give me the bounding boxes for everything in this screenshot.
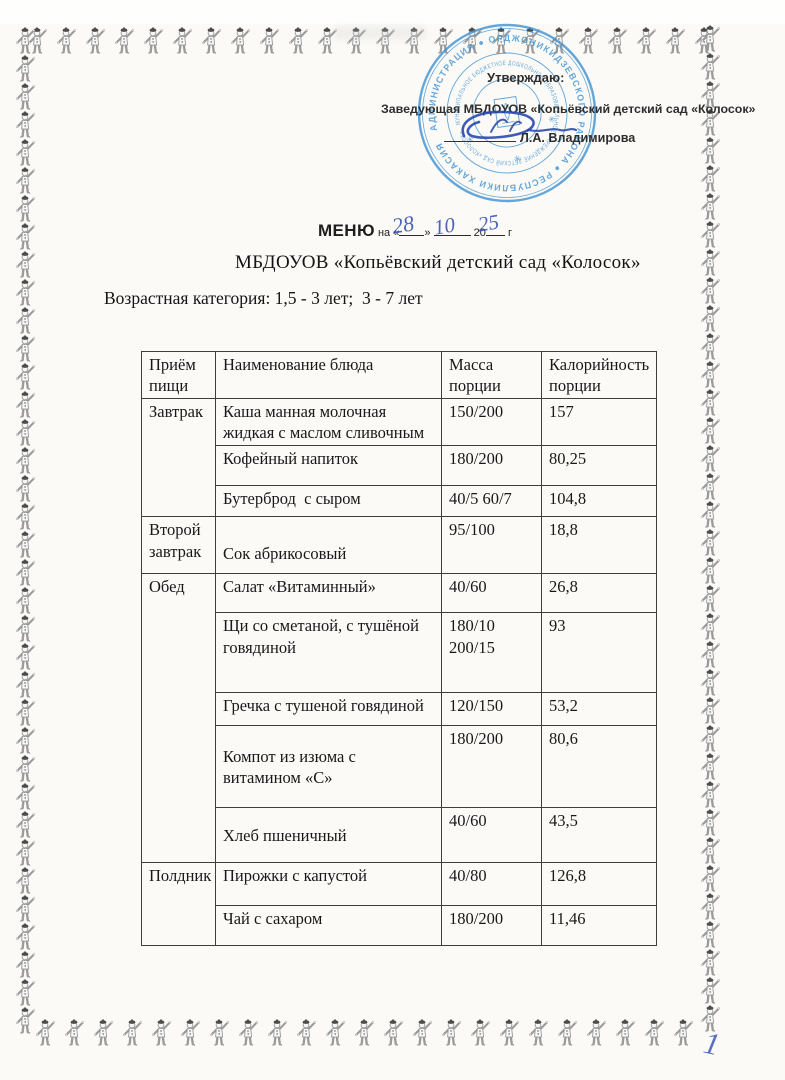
- mass-cell: 120/150: [442, 693, 542, 726]
- exercising-child-icon: [699, 165, 721, 192]
- exercising-child-icon: [55, 27, 77, 54]
- exercising-child-icon: [527, 1019, 549, 1046]
- exercising-child-icon: [14, 643, 36, 670]
- calories-cell: 11,46: [542, 906, 657, 946]
- exercising-child-icon: [14, 111, 36, 138]
- meal-cell: Завтрак: [142, 399, 216, 517]
- decorative-border-bottom: [34, 1019, 724, 1046]
- approve-label: Утверждаю:: [487, 70, 564, 85]
- signature-name: Л.А. Владимирова: [520, 131, 635, 145]
- exercising-child-icon: [14, 195, 36, 222]
- exercising-child-icon: [14, 671, 36, 698]
- exercising-child-icon: [699, 669, 721, 696]
- exercising-child-icon: [606, 27, 628, 54]
- menu-row: ЗавтракКаша манная молочная жидкая с мас…: [142, 399, 657, 446]
- exercising-child-icon: [699, 473, 721, 500]
- mass-cell: 95/100: [442, 517, 542, 574]
- exercising-child-icon: [200, 27, 222, 54]
- exercising-child-icon: [699, 277, 721, 304]
- exercising-child-icon: [699, 193, 721, 220]
- exercising-child-icon: [14, 867, 36, 894]
- menu-row: Компот из изюма с витамином «С»180/20080…: [142, 726, 657, 808]
- exercising-child-icon: [469, 1019, 491, 1046]
- col-header-mass: Масса порции: [442, 352, 542, 399]
- calories-cell: 43,5: [542, 808, 657, 863]
- exercising-child-icon: [699, 753, 721, 780]
- exercising-child-icon: [14, 139, 36, 166]
- calories-cell: 80,25: [542, 446, 657, 486]
- calories-cell: 126,8: [542, 863, 657, 906]
- exercising-child-icon: [699, 641, 721, 668]
- exercising-child-icon: [699, 697, 721, 724]
- exercising-child-icon: [324, 1019, 346, 1046]
- exercising-child-icon: [699, 137, 721, 164]
- mass-cell: 150/200: [442, 399, 542, 446]
- exercising-child-icon: [84, 27, 106, 54]
- exercising-child-icon: [14, 363, 36, 390]
- exercising-child-icon: [266, 1019, 288, 1046]
- menu-row: Гречка с тушеной говядиной120/15053,2: [142, 693, 657, 726]
- calories-cell: 26,8: [542, 574, 657, 613]
- exercising-child-icon: [14, 895, 36, 922]
- menu-title-line: МЕНЮ на «» 20 г 28 10 25: [318, 221, 512, 241]
- menu-row: Кофейный напиток180/20080,25: [142, 446, 657, 486]
- age-category-line: Возрастная категория: 1,5 - 3 лет; 3 - 7…: [104, 288, 423, 309]
- dish-cell: Каша манная молочная жидкая с маслом сли…: [216, 399, 442, 446]
- exercising-child-icon: [14, 251, 36, 278]
- year-suffix: г: [508, 227, 512, 239]
- exercising-child-icon: [237, 1019, 259, 1046]
- exercising-child-icon: [699, 249, 721, 276]
- menu-row: ОбедСалат «Витаминный»40/6026,8: [142, 574, 657, 613]
- exercising-child-icon: [699, 893, 721, 920]
- dish-cell: Щи со сметаной, с тушёной говядиной: [216, 613, 442, 693]
- exercising-child-icon: [14, 55, 36, 82]
- menu-table: Приём пищи Наименование блюда Масса порц…: [141, 351, 657, 946]
- menu-row: Бутерброд с сыром40/5 60/7104,8: [142, 486, 657, 517]
- organization-line: МБДОУОВ «Копьёвский детский сад «Колосок…: [235, 252, 641, 274]
- calories-cell: 80,6: [542, 726, 657, 808]
- dish-cell: Пирожки с капустой: [216, 863, 442, 906]
- exercising-child-icon: [113, 27, 135, 54]
- exercising-child-icon: [699, 361, 721, 388]
- exercising-child-icon: [14, 335, 36, 362]
- calories-cell: 104,8: [542, 486, 657, 517]
- exercising-child-icon: [664, 27, 686, 54]
- mass-cell: 40/60: [442, 808, 542, 863]
- mass-cell: 180/200: [442, 906, 542, 946]
- na-label: на: [378, 227, 390, 239]
- exercising-child-icon: [14, 951, 36, 978]
- exercising-child-icon: [14, 223, 36, 250]
- close-quote: »: [424, 227, 430, 239]
- exercising-child-icon: [699, 809, 721, 836]
- calories-cell: 93: [542, 613, 657, 693]
- dish-cell: Сок абрикосовый: [216, 517, 442, 574]
- calories-cell: 157: [542, 399, 657, 446]
- exercising-child-icon: [142, 27, 164, 54]
- exercising-child-icon: [440, 1019, 462, 1046]
- exercising-child-icon: [411, 1019, 433, 1046]
- handwritten-month: 10: [432, 213, 457, 241]
- exercising-child-icon: [699, 389, 721, 416]
- scanned-menu-page: АДМИНИСТРАЦИЯ ● ОРДЖОНИКИДЗЕВСКОГО РАЙОН…: [0, 0, 785, 1080]
- exercising-child-icon: [14, 419, 36, 446]
- exercising-child-icon: [179, 1019, 201, 1046]
- col-header-calories: Калорийность порции: [542, 352, 657, 399]
- exercising-child-icon: [699, 949, 721, 976]
- dish-cell: Гречка с тушеной говядиной: [216, 693, 442, 726]
- menu-row: Щи со сметаной, с тушёной говядиной180/1…: [142, 613, 657, 693]
- meal-cell: Второй завтрак: [142, 517, 216, 574]
- exercising-child-icon: [699, 557, 721, 584]
- exercising-child-icon: [14, 503, 36, 530]
- exercising-child-icon: [63, 1019, 85, 1046]
- exercising-child-icon: [699, 977, 721, 1004]
- dish-cell: Хлеб пшеничный: [216, 808, 442, 863]
- exercising-child-icon: [14, 755, 36, 782]
- exercising-child-icon: [34, 1019, 56, 1046]
- exercising-child-icon: [150, 1019, 172, 1046]
- dish-cell: Бутерброд с сыром: [216, 486, 442, 517]
- exercising-child-icon: [14, 391, 36, 418]
- dish-cell: Салат «Витаминный»: [216, 574, 442, 613]
- exercising-child-icon: [14, 587, 36, 614]
- mass-cell: 180/10 200/15: [442, 613, 542, 693]
- exercising-child-icon: [14, 83, 36, 110]
- exercising-child-icon: [699, 613, 721, 640]
- exercising-child-icon: [14, 615, 36, 642]
- meal-cell: Полдник: [142, 863, 216, 946]
- exercising-child-icon: [699, 445, 721, 472]
- dish-cell: Кофейный напиток: [216, 446, 442, 486]
- exercising-child-icon: [14, 447, 36, 474]
- exercising-child-icon: [699, 25, 721, 52]
- handwritten-day: 28: [390, 210, 416, 239]
- exercising-child-icon: [14, 727, 36, 754]
- exercising-child-icon: [14, 923, 36, 950]
- exercising-child-icon: [498, 1019, 520, 1046]
- mass-cell: 40/60: [442, 574, 542, 613]
- exercising-child-icon: [14, 699, 36, 726]
- exercising-child-icon: [14, 783, 36, 810]
- exercising-child-icon: [699, 781, 721, 808]
- exercising-child-icon: [699, 53, 721, 80]
- menu-row: Хлеб пшеничный40/6043,5: [142, 808, 657, 863]
- exercising-child-icon: [14, 307, 36, 334]
- exercising-child-icon: [699, 333, 721, 360]
- exercising-child-icon: [14, 475, 36, 502]
- exercising-child-icon: [295, 1019, 317, 1046]
- menu-row: Чай с сахаром180/20011,46: [142, 906, 657, 946]
- decorative-border-left: [14, 27, 36, 1039]
- exercising-child-icon: [14, 27, 36, 54]
- exercising-child-icon: [699, 725, 721, 752]
- meal-cell: Обед: [142, 574, 216, 863]
- exercising-child-icon: [699, 221, 721, 248]
- menu-row: ПолдникПирожки с капустой40/80126,8: [142, 863, 657, 906]
- exercising-child-icon: [699, 529, 721, 556]
- exercising-child-icon: [699, 417, 721, 444]
- exercising-child-icon: [121, 1019, 143, 1046]
- decorative-border-right: [699, 25, 721, 1039]
- exercising-child-icon: [556, 1019, 578, 1046]
- exercising-child-icon: [14, 1007, 36, 1034]
- exercising-child-icon: [229, 27, 251, 54]
- exercising-child-icon: [699, 585, 721, 612]
- handwritten-year: 25: [476, 210, 501, 238]
- dish-cell: Компот из изюма с витамином «С»: [216, 726, 442, 808]
- exercising-child-icon: [14, 811, 36, 838]
- exercising-child-icon: [92, 1019, 114, 1046]
- menu-row: Второй завтракСок абрикосовый95/10018,8: [142, 517, 657, 574]
- exercising-child-icon: [14, 531, 36, 558]
- exercising-child-icon: [382, 1019, 404, 1046]
- exercising-child-icon: [699, 305, 721, 332]
- col-header-meal: Приём пищи: [142, 352, 216, 399]
- exercising-child-icon: [14, 279, 36, 306]
- exercising-child-icon: [699, 501, 721, 528]
- calories-cell: 18,8: [542, 517, 657, 574]
- mass-cell: 40/80: [442, 863, 542, 906]
- exercising-child-icon: [353, 1019, 375, 1046]
- exercising-child-icon: [14, 839, 36, 866]
- exercising-child-icon: [699, 865, 721, 892]
- calories-cell: 53,2: [542, 693, 657, 726]
- menu-label: МЕНЮ: [318, 221, 375, 240]
- exercising-child-icon: [14, 979, 36, 1006]
- col-header-dish: Наименование блюда: [216, 352, 442, 399]
- exercising-child-icon: [699, 837, 721, 864]
- exercising-child-icon: [614, 1019, 636, 1046]
- exercising-child-icon: [635, 27, 657, 54]
- mass-cell: 180/200: [442, 446, 542, 486]
- exercising-child-icon: [258, 27, 280, 54]
- mass-cell: 40/5 60/7: [442, 486, 542, 517]
- exercising-child-icon: [208, 1019, 230, 1046]
- mass-cell: 180/200: [442, 726, 542, 808]
- exercising-child-icon: [14, 559, 36, 586]
- exercising-child-icon: [287, 27, 309, 54]
- exercising-child-icon: [643, 1019, 665, 1046]
- exercising-child-icon: [585, 1019, 607, 1046]
- exercising-child-icon: [171, 27, 193, 54]
- exercising-child-icon: [699, 921, 721, 948]
- table-header-row: Приём пищи Наименование блюда Масса порц…: [142, 352, 657, 399]
- exercising-child-icon: [672, 1019, 694, 1046]
- dish-cell: Чай с сахаром: [216, 906, 442, 946]
- exercising-child-icon: [14, 167, 36, 194]
- stamp-star-icon: ✳: [512, 153, 522, 165]
